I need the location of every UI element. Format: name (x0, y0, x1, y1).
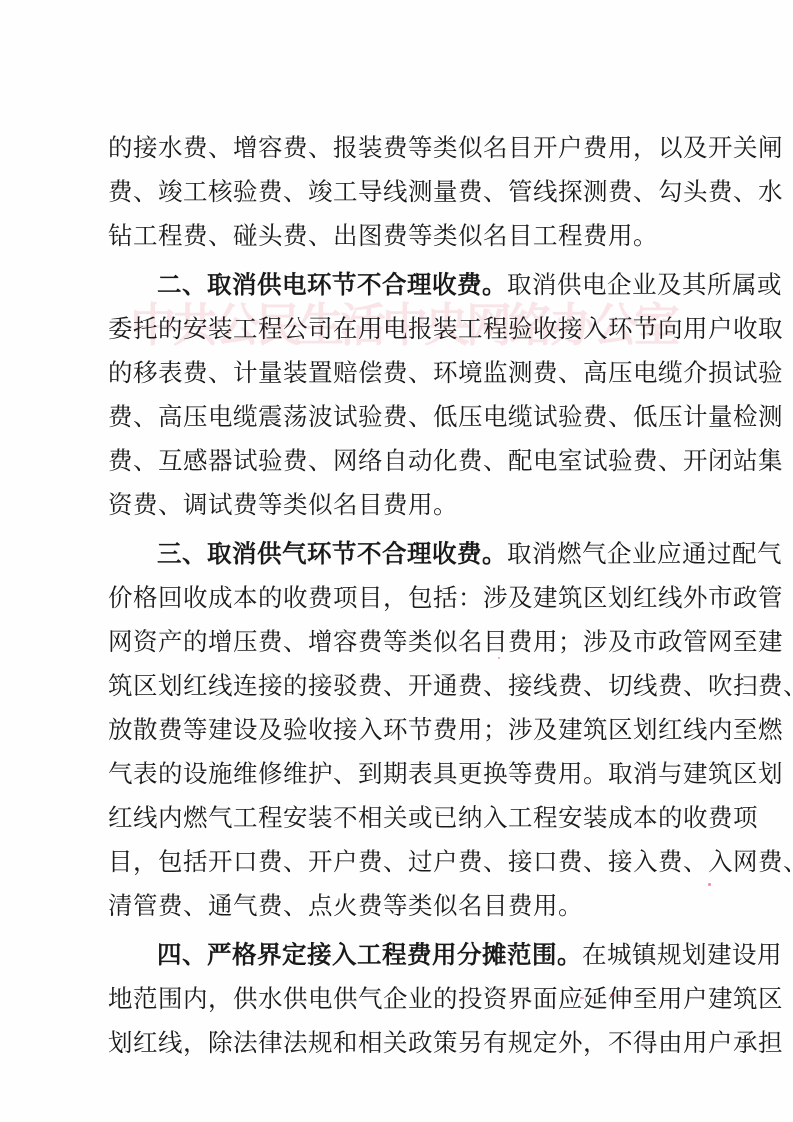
text-line: 三、取消供气环节不合理收费。取消燃气企业应通过配气 (108, 532, 694, 576)
text-line: 气表的设施维修维护、到期表具更换等费用。取消与建筑区划 (108, 752, 694, 796)
paragraph-cost-allocation: 四、严格界定接入工程费用分摊范围。在城镇规划建设用 地范围内，供水供电供气企业的… (108, 933, 694, 1065)
document-body: 的接水费、增容费、报装费等类似名目开户费用，以及开关闸 费、竣工核验费、竣工导线… (108, 126, 694, 1065)
text-line: 红线内燃气工程安装不相关或已纳入工程安装成本的收费项 (108, 796, 694, 840)
text-line: 费、互感器试验费、网络自动化费、配电室试验费、开闭站集 (108, 439, 694, 483)
scan-speck (580, 997, 584, 999)
section-heading: 四、严格界定接入工程费用分摊范围。 (157, 940, 582, 969)
text-line: 资费、调试费等类似名目费用。 (108, 483, 694, 527)
text-run: 取消燃气企业应通过配气 (507, 539, 782, 568)
document-page: 中共公民生活中央网络办公室 的接水费、增容费、报装费等类似名目开户费用，以及开关… (0, 0, 793, 1122)
paragraph-gas-fees: 三、取消供气环节不合理收费。取消燃气企业应通过配气 价格回收成本的收费项目，包括… (108, 532, 694, 928)
text-run: 取消供电企业及其所属或 (507, 270, 782, 299)
text-line: 地范围内，供水供电供气企业的投资界面应延伸至用户建筑区 (108, 977, 694, 1021)
text-line: 价格回收成本的收费项目，包括：涉及建筑区划红线外市政管 (108, 576, 694, 620)
section-heading: 三、取消供气环节不合理收费。 (157, 539, 507, 568)
text-line: 筑区划红线连接的接驳费、开通费、接线费、切线费、吹扫费、 (108, 664, 694, 708)
text-line: 网资产的增压费、增容费等类似名目费用；涉及市政管网至建 (108, 620, 694, 664)
section-heading: 二、取消供电环节不合理收费。 (157, 270, 507, 299)
scan-speck (610, 994, 615, 996)
text-line: 费、竣工核验费、竣工导线测量费、管线探测费、勾头费、水 (108, 170, 694, 214)
paragraph-water-fees: 的接水费、增容费、报装费等类似名目开户费用，以及开关闸 费、竣工核验费、竣工导线… (108, 126, 694, 258)
text-line: 划红线，除法律法规和相关政策另有规定外，不得由用户承担 (108, 1021, 694, 1065)
text-line: 委托的安装工程公司在用电报装工程验收接入环节向用户收取 (108, 307, 694, 351)
scan-speck (498, 657, 500, 659)
text-run: 在城镇规划建设用 (582, 940, 782, 969)
text-line: 四、严格界定接入工程费用分摊范围。在城镇规划建设用 (108, 933, 694, 977)
text-line: 费、高压电缆震荡波试验费、低压电缆试验费、低压计量检测 (108, 395, 694, 439)
text-line: 清管费、通气费、点火费等类似名目费用。 (108, 884, 694, 928)
scan-speck (708, 883, 711, 886)
text-line: 二、取消供电环节不合理收费。取消供电企业及其所属或 (108, 263, 694, 307)
text-line: 目，包括开口费、开户费、过户费、接口费、接入费、入网费、 (108, 840, 694, 884)
paragraph-power-fees: 二、取消供电环节不合理收费。取消供电企业及其所属或 委托的安装工程公司在用电报装… (108, 263, 694, 527)
text-line: 的移表费、计量装置赔偿费、环境监测费、高压电缆介损试验 (108, 351, 694, 395)
text-line: 钻工程费、碰头费、出图费等类似名目工程费用。 (108, 214, 694, 258)
text-line: 放散费等建设及验收接入环节费用；涉及建筑区划红线内至燃 (108, 708, 694, 752)
text-line: 的接水费、增容费、报装费等类似名目开户费用，以及开关闸 (108, 126, 694, 170)
